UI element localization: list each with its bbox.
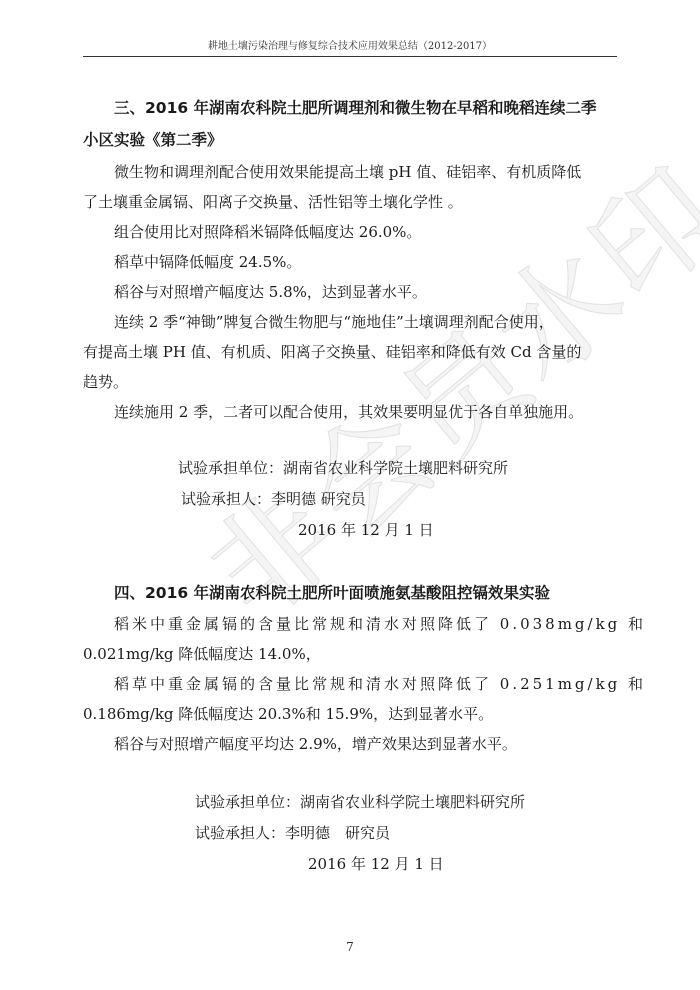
section4-heading: 四、2016 年湖南农科院土肥所叶面喷施氨基酸阻控镉效果实验 bbox=[114, 583, 550, 603]
section3-paragraph3: 稻草中镉降低幅度 24.5%。 bbox=[114, 252, 301, 272]
section3-paragraph5-line3: 趋势。 bbox=[83, 372, 128, 392]
section3-unit: 试验承担单位：湖南省农业科学院土壤肥料研究所 bbox=[178, 458, 508, 478]
section4-paragraph2-line2: 0.186mg/kg 降低幅度达 20.3%和 15.9%，达到显著水平。 bbox=[83, 704, 493, 724]
section4-person: 试验承担人：李明德 研究员 bbox=[195, 823, 390, 843]
section3-paragraph1-line1: 微生物和调理剂配合使用效果能提高土壤 pH 值、硅铝率、有机质降低 bbox=[114, 162, 581, 182]
section4-date: 2016 年 12 月 1 日 bbox=[308, 854, 444, 874]
section3-person: 试验承担人：李明德 研究员 bbox=[181, 489, 366, 509]
section3-paragraph1-line2: 了土壤重金属镉、阳离子交换量、活性铝等土壤化学性 。 bbox=[83, 192, 463, 212]
section3-date: 2016 年 12 月 1 日 bbox=[298, 520, 434, 540]
section3-heading-line1: 三、2016 年湖南农科院土肥所调理剂和微生物在早稻和晚稻连续二季 bbox=[114, 98, 597, 118]
page-number: 7 bbox=[0, 940, 700, 954]
section3-paragraph5-line2: 有提高土壤 PH 值、有机质、阳离子交换量、硅铝率和降低有效 Cd 含量的 bbox=[83, 342, 581, 362]
section3-paragraph2: 组合使用比对照降稻米镉降低幅度达 26.0%。 bbox=[114, 222, 421, 242]
section3-paragraph4: 稻谷与对照增产幅度达 5.8%，达到显著水平。 bbox=[114, 282, 427, 302]
section3-paragraph6: 连续施用 2 季，二者可以配合使用，其效果要明显优于各自单独施用。 bbox=[114, 402, 583, 422]
section4-paragraph1-line2: 0.021mg/kg 降低幅度达 14.0%， bbox=[83, 644, 321, 664]
section4-paragraph2-line1: 稻草中重金属镉的含量比常规和清水对照降低了 0.251mg/kg 和 bbox=[114, 674, 646, 694]
section3-heading-line2: 小区实验《第二季》 bbox=[83, 130, 223, 150]
section4-paragraph3: 稻谷与对照增产幅度平均达 2.9%，增产效果达到显著水平。 bbox=[114, 734, 517, 754]
section3-paragraph5-line1: 连续 2 季“神锄”牌复合微生物肥与“施地佳”土壤调理剂配合使用， bbox=[114, 312, 554, 332]
running-header: 耕地土壤污染治理与修复综合技术应用效果总结（2012-2017） bbox=[83, 40, 617, 57]
section4-unit: 试验承担单位：湖南省农业科学院土壤肥料研究所 bbox=[195, 792, 525, 812]
section4-paragraph1-line1: 稻米中重金属镉的含量比常规和清水对照降低了 0.038mg/kg 和 bbox=[114, 614, 646, 634]
